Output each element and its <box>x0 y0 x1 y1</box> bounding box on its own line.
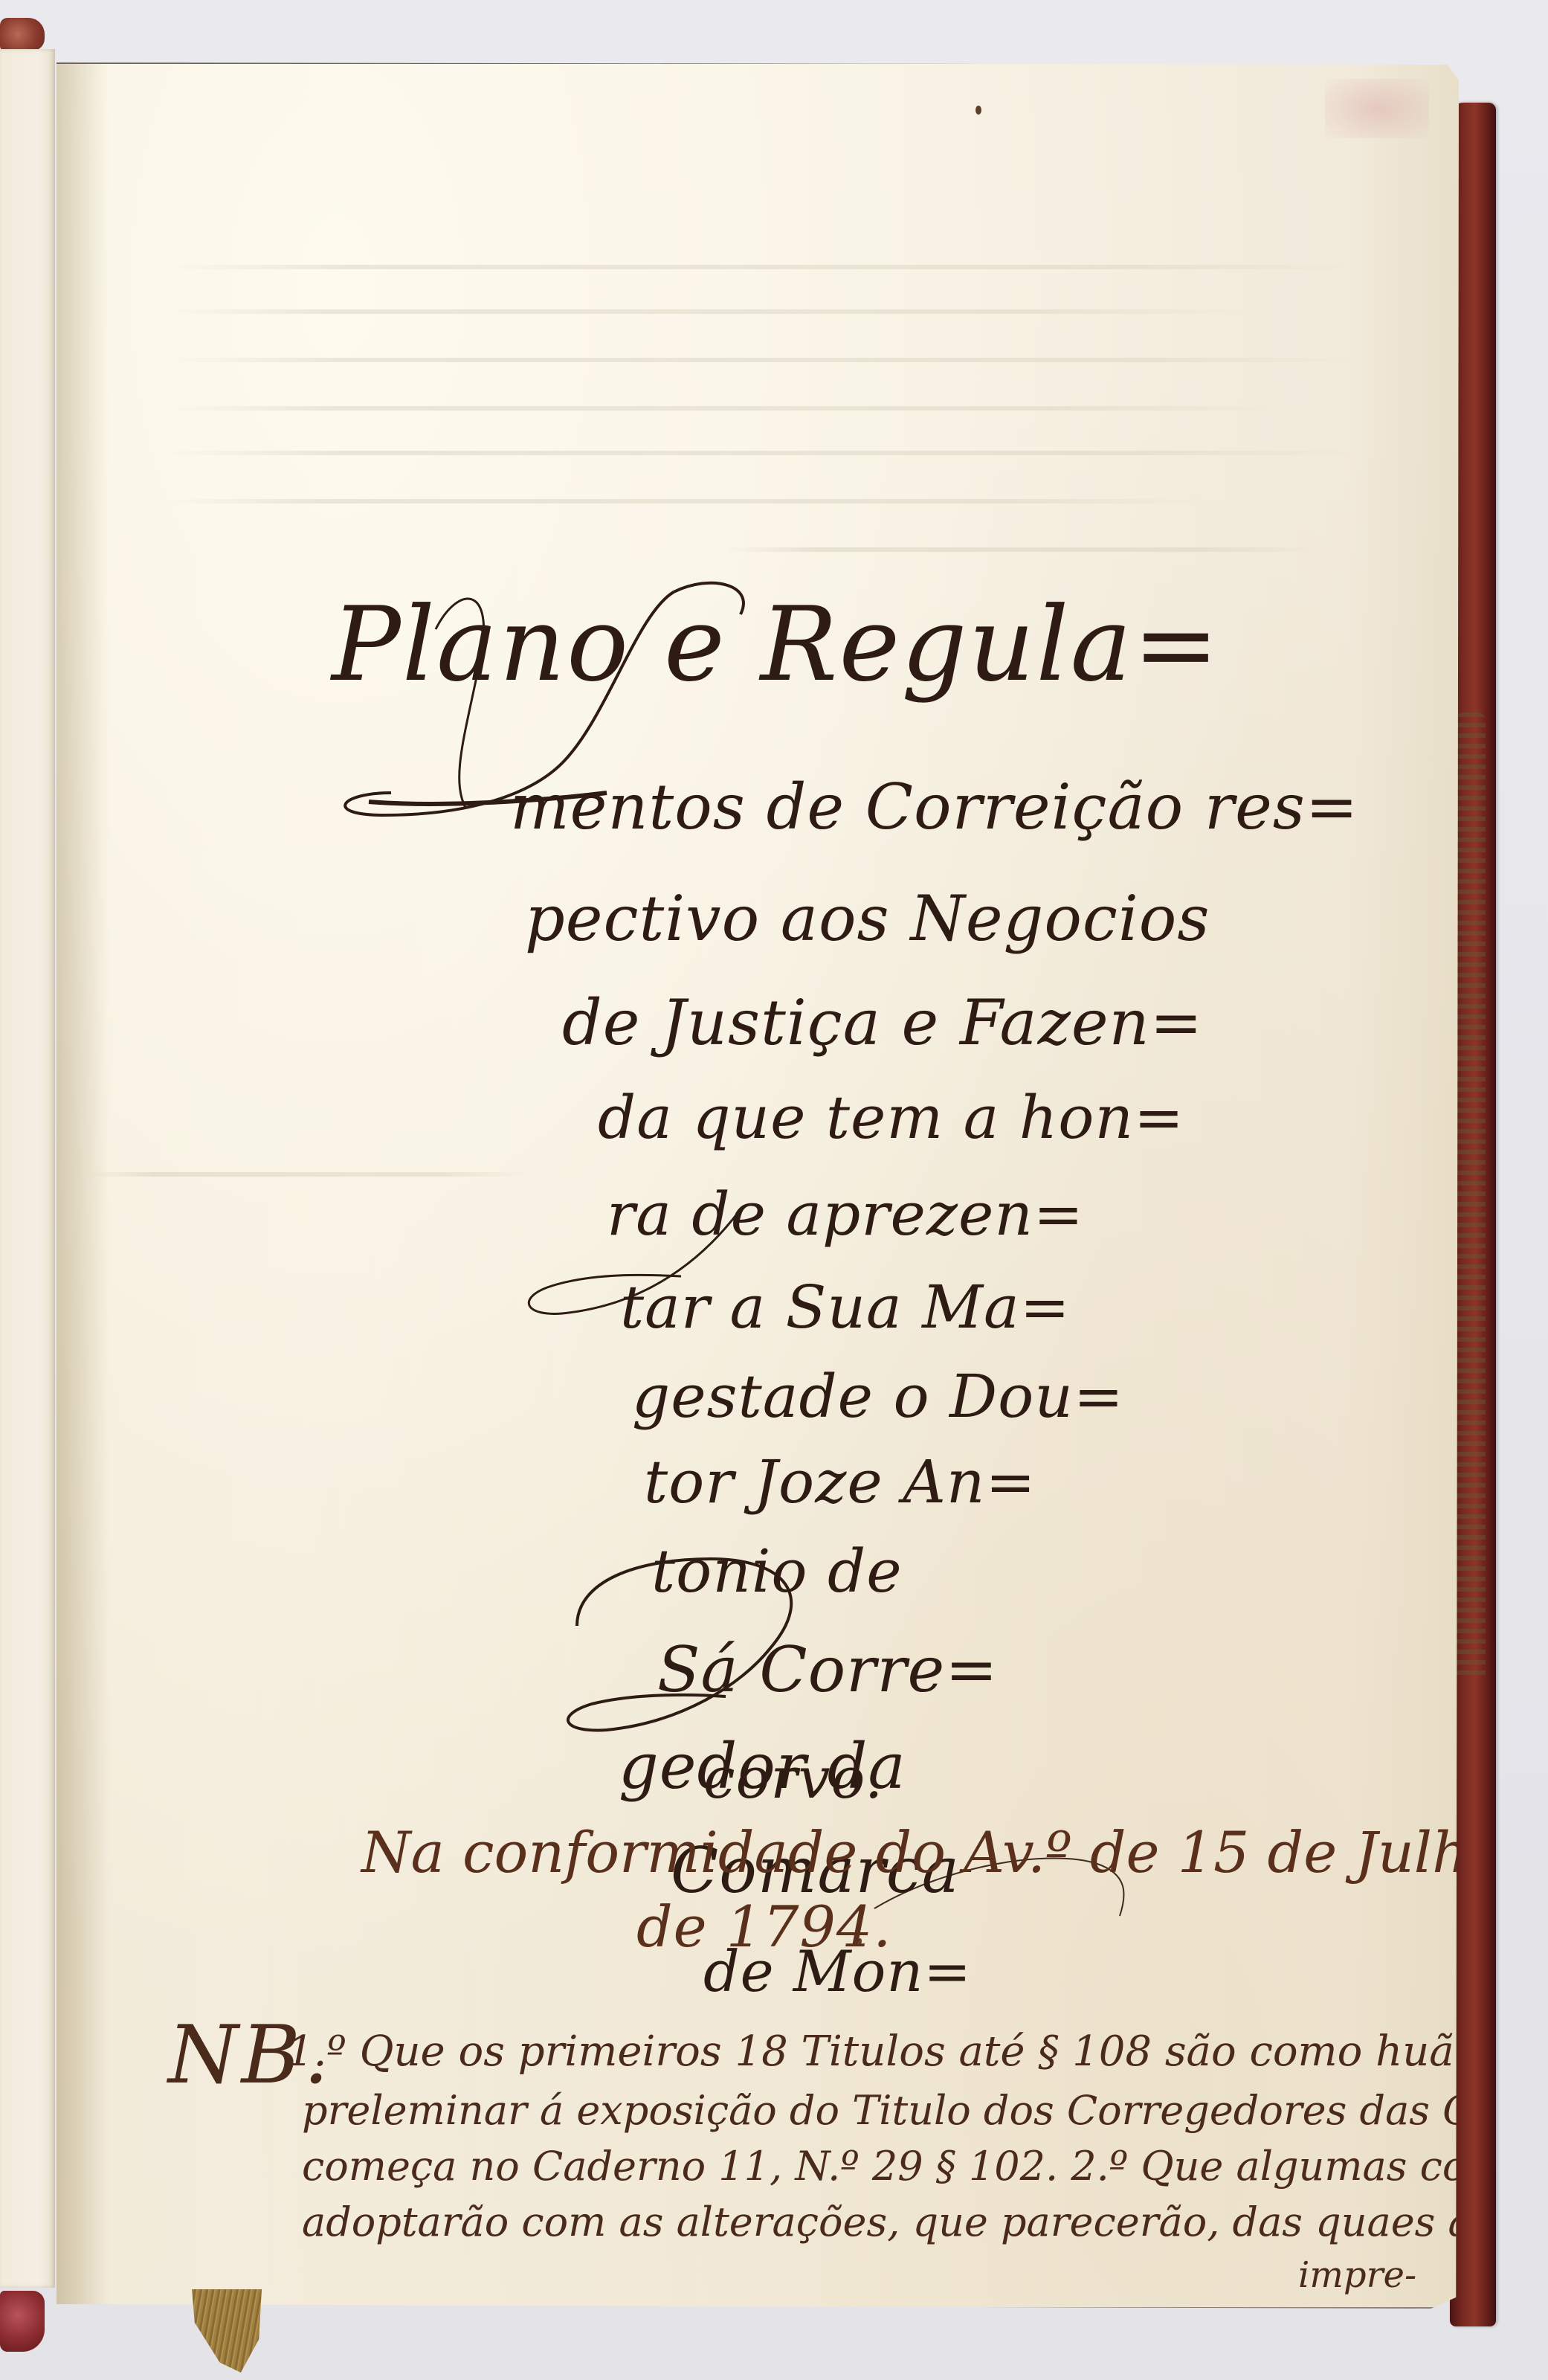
note-block: NB. 1.º Que os primeiros 18 Titulos até … <box>57 0 1459 2032</box>
left-binding-fragment <box>0 18 45 51</box>
photograph-scene: Plano e Regula= mentos de Correição res=… <box>0 0 1548 2380</box>
note-catchword: impre- <box>1298 2254 1416 2296</box>
bookmark-ribbon <box>192 2289 262 2373</box>
left-binding-fragment-bottom <box>0 2291 45 2352</box>
note-line: adoptarão com as alterações, que parecer… <box>302 2199 1548 2245</box>
note-line: preleminar á exposição do Titulo dos Cor… <box>302 2087 1548 2134</box>
manuscript-page: Plano e Regula= mentos de Correição res=… <box>57 62 1459 2309</box>
left-facing-page-edge <box>0 49 55 2288</box>
note-line: começa no Caderno 11, N.º 29 § 102. 2.º … <box>302 2143 1548 2190</box>
note-line: 1.º Que os primeiros 18 Titulos até § 10… <box>287 2027 1548 2076</box>
